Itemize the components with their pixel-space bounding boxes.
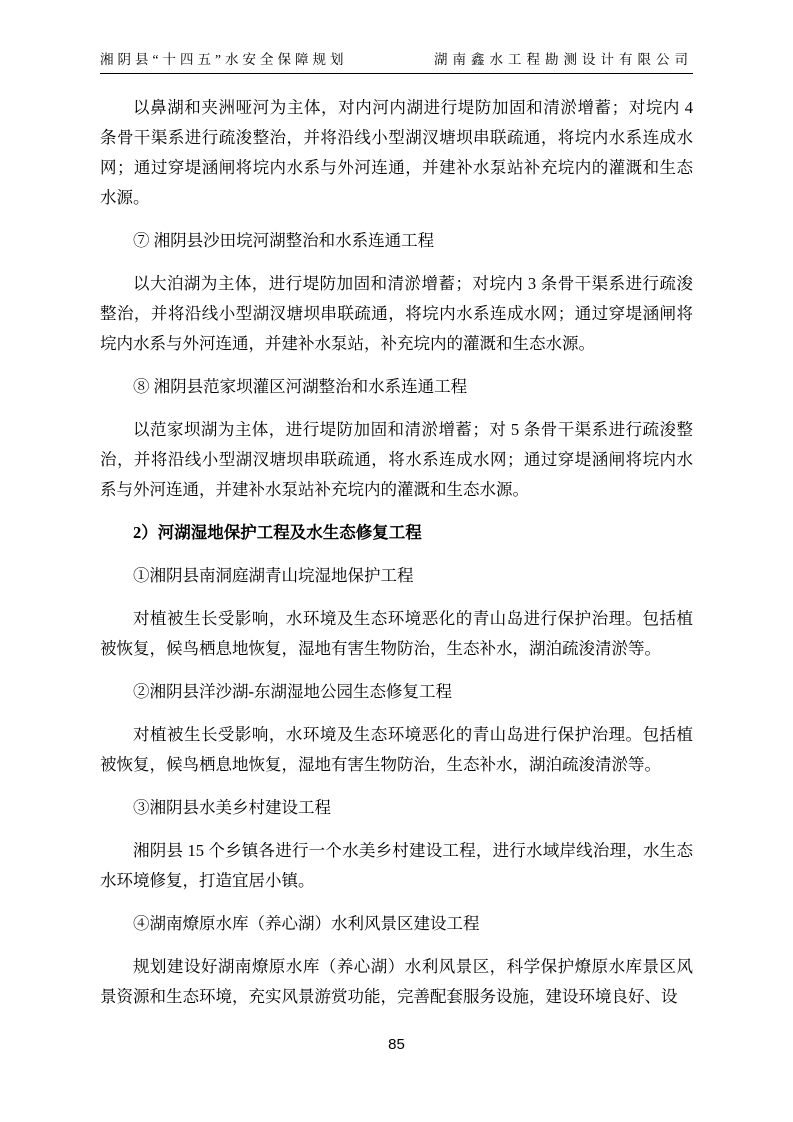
- numbered-subheading: ⑧ 湘阴县范家坝灌区河湖整治和水系连通工程: [100, 372, 693, 402]
- body-paragraph: 湘阴县 15 个乡镇各进行一个水美乡村建设工程，进行水域岸线治理，水生态水环境修…: [100, 836, 693, 896]
- document-body: 以鼻湖和夹洲哑河为主体，对内河内湖进行堤防加固和清淤增蓄；对垸内 4 条骨干渠系…: [100, 93, 693, 1025]
- body-paragraph: 以鼻湖和夹洲哑河为主体，对内河内湖进行堤防加固和清淤增蓄；对垸内 4 条骨干渠系…: [100, 93, 693, 213]
- header-document-title: 湘阴县“十四五”水安全保障规划: [100, 48, 347, 68]
- header-company-name: 湖南鑫水工程勘测设计有限公司: [434, 48, 693, 68]
- document-page: 湘阴县“十四五”水安全保障规划 湖南鑫水工程勘测设计有限公司 以鼻湖和夹洲哑河为…: [0, 0, 793, 1122]
- numbered-subheading: ①湘阴县南洞庭湖青山垸湿地保护工程: [100, 561, 693, 591]
- numbered-subheading: ③湘阴县水美乡村建设工程: [100, 793, 693, 823]
- numbered-subheading: ④湖南燎原水库（养心湖）水利风景区建设工程: [100, 909, 693, 939]
- section-heading: 2）河湖湿地保护工程及水生态修复工程: [100, 518, 693, 548]
- page-footer: 85: [0, 1036, 793, 1053]
- body-paragraph: 对植被生长受影响，水环境及生态环境恶化的青山岛进行保护治理。包括植被恢复，候鸟栖…: [100, 720, 693, 780]
- body-paragraph: 以大泊湖为主体，进行堤防加固和清淤增蓄；对垸内 3 条骨干渠系进行疏浚整治，并将…: [100, 269, 693, 359]
- page-header: 湘阴县“十四五”水安全保障规划 湖南鑫水工程勘测设计有限公司: [100, 48, 693, 74]
- numbered-subheading: ⑦ 湘阴县沙田垸河湖整治和水系连通工程: [100, 226, 693, 256]
- page-number: 85: [388, 1036, 405, 1053]
- body-paragraph: 对植被生长受影响，水环境及生态环境恶化的青山岛进行保护治理。包括植被恢复，候鸟栖…: [100, 604, 693, 664]
- body-paragraph: 以范家坝湖为主体，进行堤防加固和清淤增蓄；对 5 条骨干渠系进行疏浚整治，并将沿…: [100, 415, 693, 505]
- numbered-subheading: ②湘阴县洋沙湖-东湖湿地公园生态修复工程: [100, 677, 693, 707]
- body-paragraph: 规划建设好湖南燎原水库（养心湖）水利风景区，科学保护燎原水库景区风景资源和生态环…: [100, 952, 693, 1012]
